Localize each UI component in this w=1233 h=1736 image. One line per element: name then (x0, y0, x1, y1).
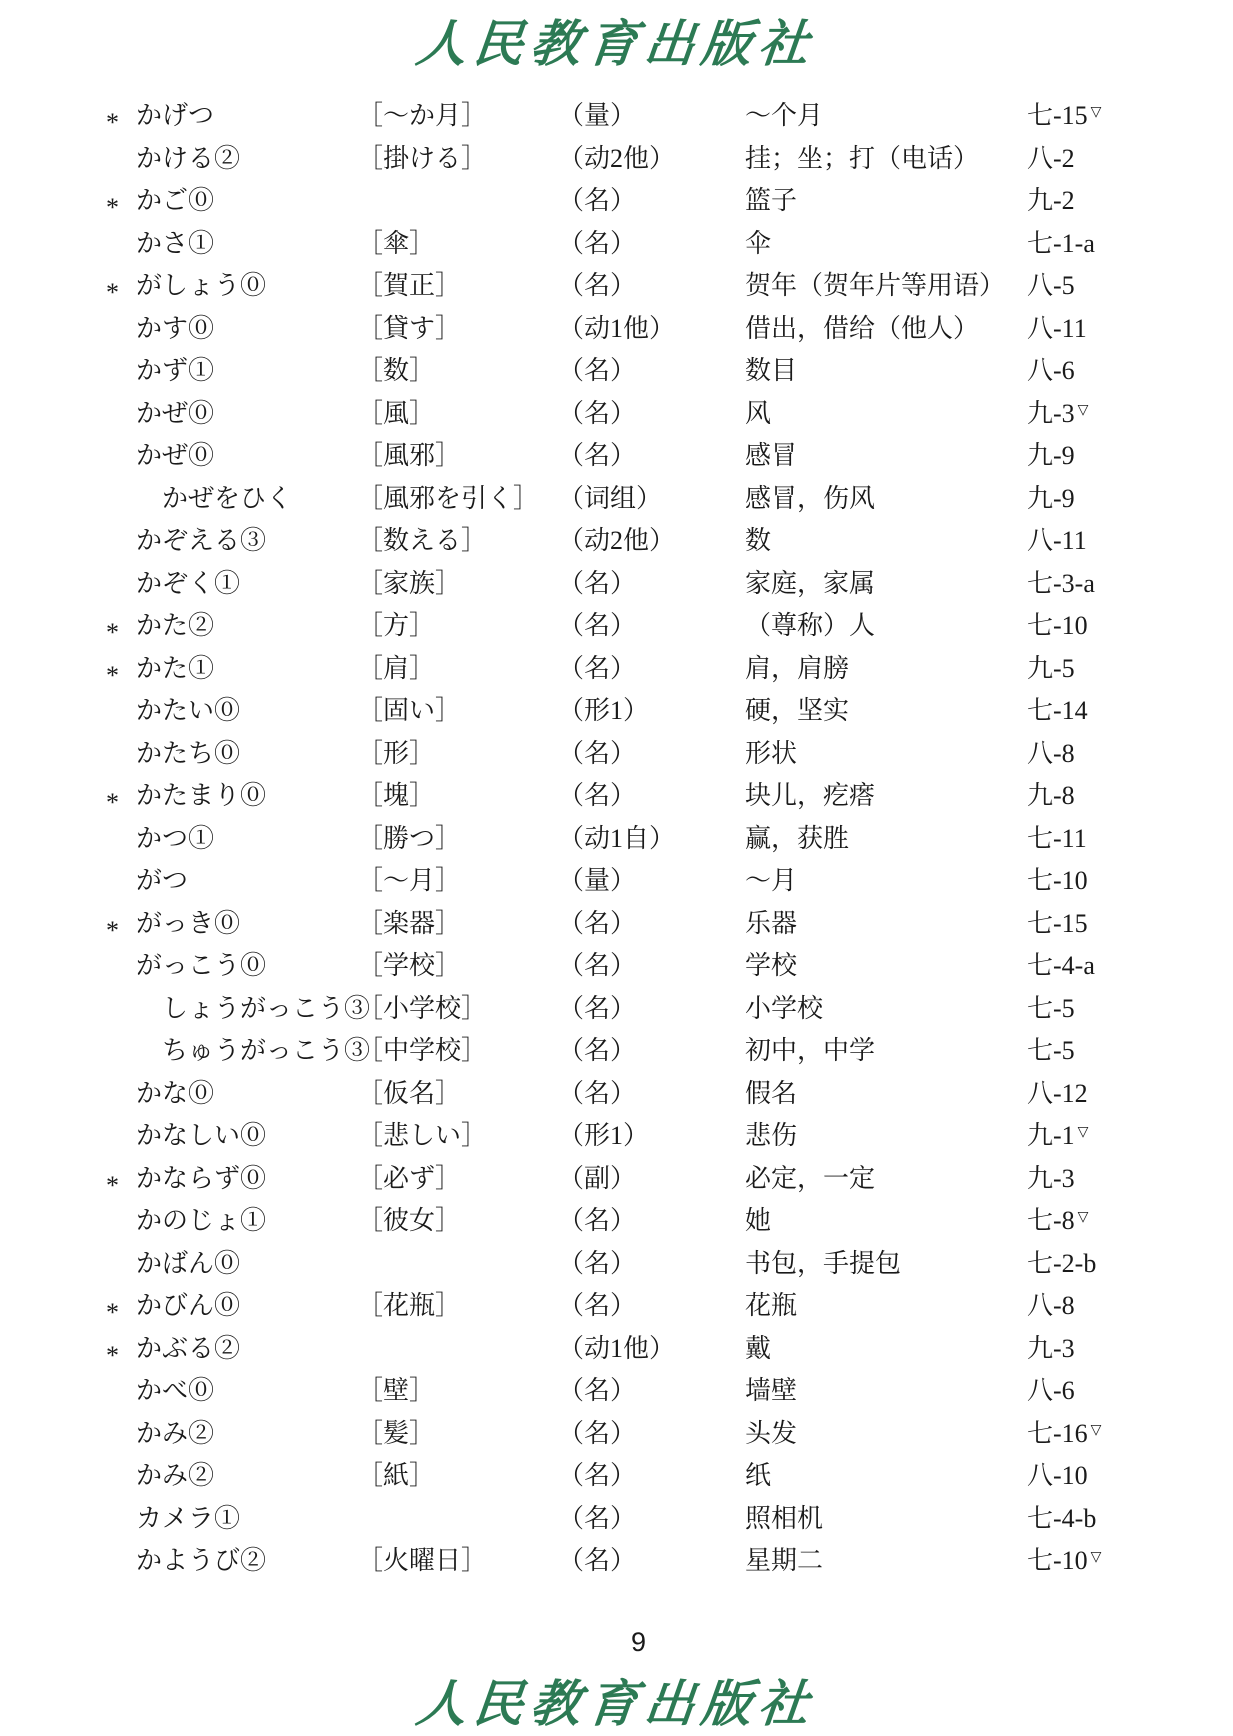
part-of-speech: （量） (558, 868, 745, 894)
vocab-row: かぞく① ［家族］ （名） 家庭，家属 七-3-a (0, 563, 1233, 606)
vocab-row: * かご⓪ （名） 篮子 九-2 (0, 180, 1233, 223)
chinese-meaning: 初中，中学 (745, 1038, 1027, 1064)
triangle-mark: ▽ (1078, 404, 1089, 418)
part-of-speech: （名） (558, 996, 745, 1022)
word-kana: かぞえる③ (136, 528, 357, 554)
word-kana: かたち⓪ (136, 741, 357, 767)
lesson-reference: 八-2 (1027, 146, 1078, 172)
chinese-meaning: （尊称）人 (745, 613, 1027, 639)
part-of-speech: （名） (558, 911, 745, 937)
word-kana: かぜ⓪ (136, 443, 357, 469)
chinese-meaning: 纸 (745, 1463, 1027, 1489)
vocab-row: かのじょ① ［彼女］ （名） 她 七-8▽ (0, 1200, 1233, 1243)
word-kana: かたまり⓪ (136, 783, 357, 809)
vocab-row: * かぶる② （动1他） 戴 九-3 (0, 1328, 1233, 1371)
chinese-meaning: 硬，坚实 (745, 698, 1027, 724)
word-kana: かぶる② (136, 1336, 357, 1362)
vocab-row: かみ② ［髪］ （名） 头发 七-16▽ (0, 1413, 1233, 1456)
lesson-reference: 八-5 (1027, 273, 1078, 299)
word-kanji-notation: ［勝つ］ (357, 826, 558, 852)
part-of-speech: （名） (558, 1293, 745, 1319)
part-of-speech: （名） (558, 1463, 745, 1489)
part-of-speech: （名） (558, 1251, 745, 1277)
vocab-row: かつ① ［勝つ］ （动1自） 赢，获胜 七-11 (0, 818, 1233, 861)
vocab-row: * かならず⓪ ［必ず］ （副） 必定，一定 九-3 (0, 1158, 1233, 1201)
lesson-reference: 八-10 (1027, 1463, 1091, 1489)
lesson-number: 九-9 (1027, 441, 1075, 470)
vocab-row: * かた② ［方］ （名） （尊称）人 七-10 (0, 605, 1233, 648)
chinese-meaning: 家庭，家属 (745, 571, 1027, 597)
lesson-reference: 七-8▽ (1027, 1208, 1088, 1234)
lesson-reference: 七-14 (1027, 698, 1091, 724)
lesson-number: 七-4-a (1027, 951, 1095, 980)
word-kana: がつ (136, 868, 357, 894)
part-of-speech: （名） (558, 358, 745, 384)
page-number: 9 (0, 1622, 1233, 1662)
lesson-number: 七-5 (1027, 994, 1075, 1023)
vocab-row: * かげつ ［～か月］ （量） ～个月 七-15▽ (0, 95, 1233, 138)
word-kanji-notation: ［掛ける］ (357, 146, 558, 172)
publisher-logo-top: 人民教育出版社 (0, 4, 1233, 76)
word-kana: しょうがっこう③ (136, 996, 357, 1022)
word-kana: かみ② (136, 1463, 357, 1489)
part-of-speech: （名） (558, 1038, 745, 1064)
vocab-row: * かたまり⓪ ［塊］ （名） 块儿，疙瘩 九-8 (0, 775, 1233, 818)
part-of-speech: （名） (558, 613, 745, 639)
lesson-reference: 七-10 (1027, 613, 1091, 639)
chinese-meaning: 形状 (745, 741, 1027, 767)
word-kana: かべ⓪ (136, 1378, 357, 1404)
word-kanji-notation: ［中学校］ (357, 1038, 558, 1064)
word-kana: かのじょ① (136, 1208, 357, 1234)
lesson-reference: 九-9 (1027, 486, 1078, 512)
word-kanji-notation: ［塊］ (357, 783, 558, 809)
word-kana: がしょう⓪ (136, 273, 357, 299)
chinese-meaning: 书包，手提包 (745, 1251, 1027, 1277)
word-kanji-notation: ［数］ (357, 358, 558, 384)
part-of-speech: （形1） (558, 1123, 745, 1149)
lesson-reference: 九-3 (1027, 1166, 1078, 1192)
part-of-speech: （名） (558, 1421, 745, 1447)
chinese-meaning: 感冒，伤风 (745, 486, 1027, 512)
lesson-number: 七-11 (1027, 824, 1087, 853)
part-of-speech: （名） (558, 1506, 745, 1532)
word-kana: かなしい⓪ (136, 1123, 357, 1149)
word-kanji-notation: ［花瓶］ (357, 1293, 558, 1319)
lesson-reference: 七-10 (1027, 868, 1091, 894)
lesson-reference: 七-16▽ (1027, 1421, 1101, 1447)
chinese-meaning: ～个月 (745, 103, 1027, 129)
word-kana: かける② (136, 146, 357, 172)
lesson-reference: 八-11 (1027, 528, 1090, 554)
lesson-reference: 七-5 (1027, 1038, 1078, 1064)
chinese-meaning: 风 (745, 401, 1027, 427)
lesson-reference: 九-3 (1027, 1336, 1078, 1362)
word-kana: かぜをひく (136, 486, 357, 512)
part-of-speech: （名） (558, 571, 745, 597)
vocab-row: がっこう⓪ ［学校］ （名） 学校 七-4-a (0, 945, 1233, 988)
lesson-number: 八-8 (1027, 739, 1075, 768)
vocab-row: かべ⓪ ［壁］ （名） 墙壁 八-6 (0, 1370, 1233, 1413)
lesson-number: 七-10 (1027, 611, 1088, 640)
word-kanji-notation: ［風邪を引く］ (357, 486, 558, 512)
chinese-meaning: 肩，肩膀 (745, 656, 1027, 682)
lesson-number: 九-3 (1027, 399, 1075, 428)
emphasis-asterisk: * (106, 280, 136, 306)
part-of-speech: （名） (558, 1208, 745, 1234)
lesson-reference: 七-4-b (1027, 1506, 1099, 1532)
word-kana: かな⓪ (136, 1081, 357, 1107)
word-kana: かず① (136, 358, 357, 384)
word-kana: かびん⓪ (136, 1293, 357, 1319)
chinese-meaning: 伞 (745, 231, 1027, 257)
word-kanji-notation: ［数える］ (357, 528, 558, 554)
part-of-speech: （动1自） (558, 826, 745, 852)
lesson-number: 七-1-a (1027, 229, 1095, 258)
word-kanji-notation: ［火曜日］ (357, 1548, 558, 1574)
part-of-speech: （量） (558, 103, 745, 129)
vocab-row: かぜ⓪ ［風邪］ （名） 感冒 九-9 (0, 435, 1233, 478)
word-kana: かぞく① (136, 571, 357, 597)
part-of-speech: （名） (558, 1081, 745, 1107)
chinese-meaning: 悲伤 (745, 1123, 1027, 1149)
lesson-reference: 九-3▽ (1027, 401, 1088, 427)
chinese-meaning: 假名 (745, 1081, 1027, 1107)
lesson-reference: 九-9 (1027, 443, 1078, 469)
vocab-row: カメラ① （名） 照相机 七-4-b (0, 1498, 1233, 1541)
word-kanji-notation: ［楽器］ (357, 911, 558, 937)
lesson-number: 八-5 (1027, 271, 1075, 300)
word-kanji-notation: ［形］ (357, 741, 558, 767)
lesson-number: 七-3-a (1027, 569, 1095, 598)
part-of-speech: （动2他） (558, 528, 745, 554)
emphasis-asterisk: * (106, 663, 136, 689)
chinese-meaning: 学校 (745, 953, 1027, 979)
word-kana: かす⓪ (136, 316, 357, 342)
lesson-reference: 七-10▽ (1027, 1548, 1101, 1574)
word-kanji-notation: ［方］ (357, 613, 558, 639)
lesson-reference: 七-4-a (1027, 953, 1098, 979)
part-of-speech: （词组） (558, 486, 745, 512)
word-kanji-notation: ［仮名］ (357, 1081, 558, 1107)
part-of-speech: （名） (558, 741, 745, 767)
word-kana: かぜ⓪ (136, 401, 357, 427)
lesson-number: 八-6 (1027, 356, 1075, 385)
part-of-speech: （名） (558, 188, 745, 214)
word-kana: かげつ (136, 103, 357, 129)
lesson-reference: 八-8 (1027, 741, 1078, 767)
word-kanji-notation: ［髪］ (357, 1421, 558, 1447)
triangle-mark: ▽ (1091, 1424, 1102, 1438)
part-of-speech: （名） (558, 1378, 745, 1404)
vocab-row: * かた① ［肩］ （名） 肩，肩膀 九-5 (0, 648, 1233, 691)
vocab-row: かなしい⓪ ［悲しい］ （形1） 悲伤 九-1▽ (0, 1115, 1233, 1158)
lesson-reference: 七-1-a (1027, 231, 1098, 257)
lesson-number: 八-12 (1027, 1079, 1088, 1108)
part-of-speech: （名） (558, 953, 745, 979)
vocab-row: かぞえる③ ［数える］ （动2他） 数 八-11 (0, 520, 1233, 563)
word-kana: ちゅうがっこう③ (136, 1038, 357, 1064)
lesson-number: 八-2 (1027, 144, 1075, 173)
lesson-number: 七-5 (1027, 1036, 1075, 1065)
part-of-speech: （名） (558, 273, 745, 299)
word-kana: かさ① (136, 231, 357, 257)
lesson-number: 八-11 (1027, 526, 1087, 555)
word-kana: がっき⓪ (136, 911, 357, 937)
word-kana: かたい⓪ (136, 698, 357, 724)
word-kana: かた① (136, 656, 357, 682)
lesson-reference: 九-2 (1027, 188, 1078, 214)
word-kana: かた② (136, 613, 357, 639)
part-of-speech: （名） (558, 443, 745, 469)
lesson-reference: 七-5 (1027, 996, 1078, 1022)
lesson-number: 八-8 (1027, 1291, 1075, 1320)
chinese-meaning: 挂；坐；打（电话） (745, 146, 1027, 172)
word-kanji-notation: ［小学校］ (357, 996, 558, 1022)
vocab-row: かみ② ［紙］ （名） 纸 八-10 (0, 1455, 1233, 1498)
part-of-speech: （形1） (558, 698, 745, 724)
lesson-number: 九-3 (1027, 1164, 1075, 1193)
word-kanji-notation: ［彼女］ (357, 1208, 558, 1234)
vocab-row: かぜ⓪ ［風］ （名） 风 九-3▽ (0, 393, 1233, 436)
emphasis-asterisk: * (106, 195, 136, 221)
lesson-reference: 九-8 (1027, 783, 1078, 809)
lesson-reference: 八-12 (1027, 1081, 1091, 1107)
lesson-number: 七-15 (1027, 101, 1088, 130)
chinese-meaning: 照相机 (745, 1506, 1027, 1532)
word-kanji-notation: ［傘］ (357, 231, 558, 257)
word-kanji-notation: ［肩］ (357, 656, 558, 682)
lesson-reference: 八-6 (1027, 1378, 1078, 1404)
word-kana: カメラ① (136, 1506, 357, 1532)
emphasis-asterisk: * (106, 790, 136, 816)
word-kanji-notation: ［～か月］ (357, 103, 558, 129)
vocab-row: * がっき⓪ ［楽器］ （名） 乐器 七-15 (0, 903, 1233, 946)
word-kanji-notation: ［壁］ (357, 1378, 558, 1404)
word-kana: かようび② (136, 1548, 357, 1574)
lesson-number: 七-10 (1027, 1546, 1088, 1575)
word-kana: かつ① (136, 826, 357, 852)
word-kana: かご⓪ (136, 188, 357, 214)
word-kanji-notation: ［風邪］ (357, 443, 558, 469)
chinese-meaning: 借出，借给（他人） (745, 316, 1027, 342)
word-kanji-notation: ［紙］ (357, 1463, 558, 1489)
part-of-speech: （名） (558, 783, 745, 809)
part-of-speech: （名） (558, 1548, 745, 1574)
word-kana: かみ② (136, 1421, 357, 1447)
word-kanji-notation: ［風］ (357, 401, 558, 427)
vocab-row: * かびん⓪ ［花瓶］ （名） 花瓶 八-8 (0, 1285, 1233, 1328)
chinese-meaning: ～月 (745, 868, 1027, 894)
vocab-row: かたい⓪ ［固い］ （形1） 硬，坚实 七-14 (0, 690, 1233, 733)
vocab-row: かぜをひく ［風邪を引く］ （词组） 感冒，伤风 九-9 (0, 478, 1233, 521)
part-of-speech: （动1他） (558, 1336, 745, 1362)
vocab-row: かようび② ［火曜日］ （名） 星期二 七-10▽ (0, 1540, 1233, 1583)
lesson-reference: 七-2-b (1027, 1251, 1099, 1277)
vocab-row: がつ ［～月］ （量） ～月 七-10 (0, 860, 1233, 903)
vocab-row: * がしょう⓪ ［賀正］ （名） 贺年（贺年片等用语） 八-5 (0, 265, 1233, 308)
vocab-row: かたち⓪ ［形］ （名） 形状 八-8 (0, 733, 1233, 776)
chinese-meaning: 乐器 (745, 911, 1027, 937)
lesson-number: 八-10 (1027, 1461, 1088, 1490)
word-kanji-notation: ［悲しい］ (357, 1123, 558, 1149)
chinese-meaning: 头发 (745, 1421, 1027, 1447)
triangle-mark: ▽ (1078, 1211, 1089, 1225)
lesson-number: 七-8 (1027, 1206, 1075, 1235)
word-kanji-notation: ［貸す］ (357, 316, 558, 342)
lesson-number: 九-5 (1027, 654, 1075, 683)
lesson-reference: 八-11 (1027, 316, 1090, 342)
lesson-reference: 八-6 (1027, 358, 1078, 384)
triangle-mark: ▽ (1091, 1551, 1102, 1565)
glossary-page: 人民教育出版社 * かげつ ［～か月］ （量） ～个月 七-15▽ かける② ［… (0, 0, 1233, 1736)
part-of-speech: （动2他） (558, 146, 745, 172)
vocab-row: かける② ［掛ける］ （动2他） 挂；坐；打（电话） 八-2 (0, 138, 1233, 181)
vocab-table: * かげつ ［～か月］ （量） ～个月 七-15▽ かける② ［掛ける］ （动2… (0, 95, 1233, 1583)
emphasis-asterisk: * (106, 110, 136, 136)
publisher-logo-bottom: 人民教育出版社 (0, 1664, 1233, 1736)
part-of-speech: （名） (558, 401, 745, 427)
lesson-reference: 九-1▽ (1027, 1123, 1088, 1149)
lesson-number: 九-8 (1027, 781, 1075, 810)
word-kanji-notation: ［学校］ (357, 953, 558, 979)
chinese-meaning: 小学校 (745, 996, 1027, 1022)
emphasis-asterisk: * (106, 1300, 136, 1326)
lesson-number: 七-15 (1027, 909, 1088, 938)
chinese-meaning: 赢，获胜 (745, 826, 1027, 852)
chinese-meaning: 块儿，疙瘩 (745, 783, 1027, 809)
chinese-meaning: 贺年（贺年片等用语） (745, 273, 1027, 299)
emphasis-asterisk: * (106, 620, 136, 646)
vocab-row: かばん⓪ （名） 书包，手提包 七-2-b (0, 1243, 1233, 1286)
triangle-mark: ▽ (1091, 106, 1102, 120)
vocab-row: かさ① ［傘］ （名） 伞 七-1-a (0, 223, 1233, 266)
lesson-number: 七-16 (1027, 1419, 1088, 1448)
chinese-meaning: 篮子 (745, 188, 1027, 214)
lesson-number: 九-1 (1027, 1121, 1075, 1150)
word-kanji-notation: ［必ず］ (357, 1166, 558, 1192)
lesson-number: 七-4-b (1027, 1504, 1096, 1533)
chinese-meaning: 戴 (745, 1336, 1027, 1362)
lesson-number: 九-9 (1027, 484, 1075, 513)
emphasis-asterisk: * (106, 918, 136, 944)
chinese-meaning: 墙壁 (745, 1378, 1027, 1404)
emphasis-asterisk: * (106, 1343, 136, 1369)
chinese-meaning: 必定，一定 (745, 1166, 1027, 1192)
lesson-number: 八-6 (1027, 1376, 1075, 1405)
part-of-speech: （副） (558, 1166, 745, 1192)
triangle-mark: ▽ (1078, 1126, 1089, 1140)
lesson-reference: 七-11 (1027, 826, 1090, 852)
vocab-row: かな⓪ ［仮名］ （名） 假名 八-12 (0, 1073, 1233, 1116)
chinese-meaning: 数目 (745, 358, 1027, 384)
word-kanji-notation: ［固い］ (357, 698, 558, 724)
emphasis-asterisk: * (106, 1173, 136, 1199)
lesson-reference: 七-3-a (1027, 571, 1098, 597)
word-kanji-notation: ［賀正］ (357, 273, 558, 299)
lesson-number: 九-3 (1027, 1334, 1075, 1363)
chinese-meaning: 她 (745, 1208, 1027, 1234)
chinese-meaning: 花瓶 (745, 1293, 1027, 1319)
word-kanji-notation: ［～月］ (357, 868, 558, 894)
lesson-number: 九-2 (1027, 186, 1075, 215)
word-kana: かならず⓪ (136, 1166, 357, 1192)
lesson-number: 七-10 (1027, 866, 1088, 895)
word-kanji-notation: ［家族］ (357, 571, 558, 597)
lesson-reference: 九-5 (1027, 656, 1078, 682)
lesson-number: 七-2-b (1027, 1249, 1096, 1278)
word-kana: かばん⓪ (136, 1251, 357, 1277)
lesson-reference: 七-15 (1027, 911, 1091, 937)
part-of-speech: （名） (558, 656, 745, 682)
vocab-row: しょうがっこう③ ［小学校］ （名） 小学校 七-5 (0, 988, 1233, 1031)
word-kana: がっこう⓪ (136, 953, 357, 979)
vocab-row: かす⓪ ［貸す］ （动1他） 借出，借给（他人） 八-11 (0, 308, 1233, 351)
chinese-meaning: 数 (745, 528, 1027, 554)
lesson-reference: 八-8 (1027, 1293, 1078, 1319)
part-of-speech: （动1他） (558, 316, 745, 342)
vocab-row: かず① ［数］ （名） 数目 八-6 (0, 350, 1233, 393)
vocab-row: ちゅうがっこう③ ［中学校］ （名） 初中，中学 七-5 (0, 1030, 1233, 1073)
lesson-number: 七-14 (1027, 696, 1088, 725)
part-of-speech: （名） (558, 231, 745, 257)
lesson-number: 八-11 (1027, 314, 1087, 343)
chinese-meaning: 感冒 (745, 443, 1027, 469)
chinese-meaning: 星期二 (745, 1548, 1027, 1574)
lesson-reference: 七-15▽ (1027, 103, 1101, 129)
